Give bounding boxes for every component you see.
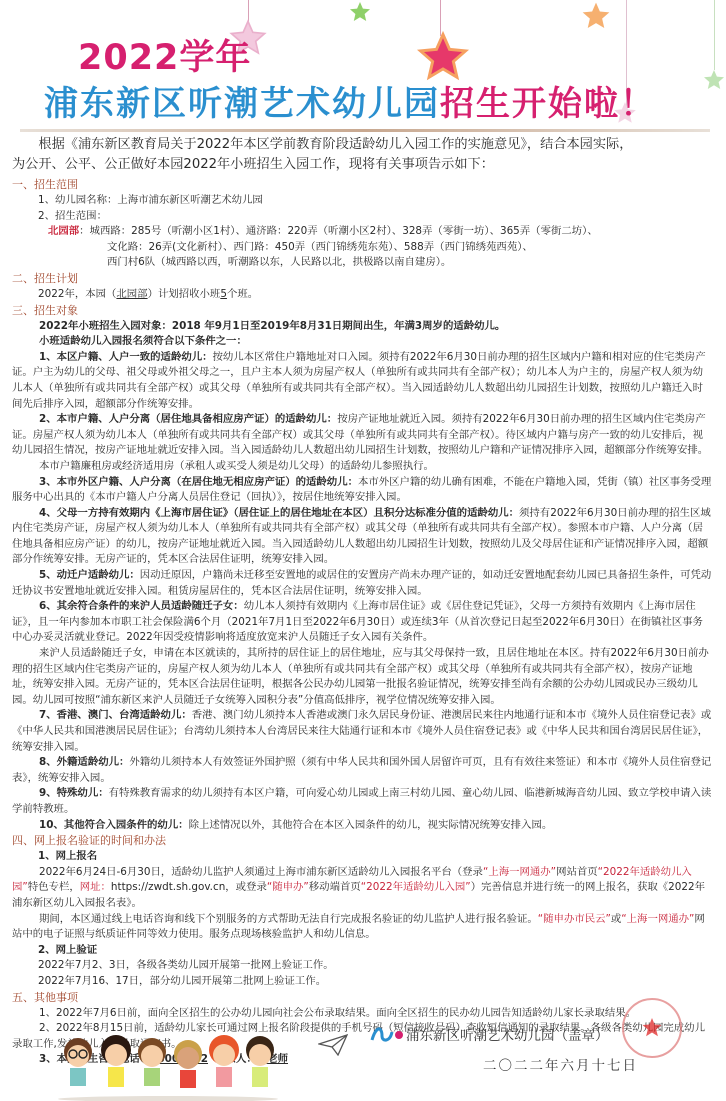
intro-line-1: 根据《浦东新区教育局关于2022年本区学前教育阶段适龄幼儿入园工作的实施意见》，…: [12, 135, 712, 155]
condition-title: 1、本区户籍、人户一致的适龄幼儿：: [39, 351, 212, 363]
page-title: 浦东新区听潮艺术幼儿园招生开始啦！: [44, 76, 656, 125]
kids-illustration: [48, 1030, 288, 1101]
reg-text: 网站首页: [556, 866, 598, 878]
condition-title: 4、父母一方持有效期内《上海市居住证》（居住证上的居住地址在本区）且积分达标准分…: [39, 507, 519, 519]
section-heading-plan: 二、招生计划: [12, 271, 712, 287]
star-icon: [348, 0, 372, 24]
section-heading-other: 五、其他事项: [12, 990, 712, 1006]
condition-9: 9、特殊幼儿：有特殊教育需求的幼儿须持有本区户籍，可向爱心幼儿园或上南三村幼儿园…: [12, 786, 712, 817]
online-verification-title: 2、网上验证: [12, 943, 712, 959]
condition-title: 5、动迁户适龄幼儿：: [39, 569, 140, 581]
issue-date: 二〇二二年六月十七日: [483, 1054, 638, 1074]
reg-text: ，或登录: [225, 881, 267, 893]
campus-streets-1: ：城西路：285号（听潮小区1村）、通济路：220弄（听潮小区2村）、328弄（…: [79, 225, 598, 237]
reg-text: 移动端首页: [309, 881, 361, 893]
condition-4: 4、父母一方持有效期内《上海市居住证》（居住证上的居住地址在本区）且积分达标准分…: [12, 506, 712, 568]
plan-text: 2022年，本园（: [38, 288, 116, 300]
online-registration-text: 2022年6月24日-6月30日，适龄幼儿监护人须通过上海市浦东新区适龄幼儿入园…: [12, 865, 712, 912]
registration-url-link[interactable]: https://zwdt.sh.gov.cn: [111, 881, 225, 893]
condition-6-detail: 来沪人员适龄随迁子女，申请在本区就读的，其所持的居住证上的居住地址，应与其父母保…: [12, 646, 712, 708]
condition-2: 2、本市户籍、人户分离（居住地具备相应房产证）的适龄幼儿：按房产证地址就近入园。…: [12, 412, 712, 459]
campus-scope-line-1: 北园部：城西路：285号（听潮小区1村）、通济路：220弄（听潮小区2村）、32…: [12, 224, 712, 240]
condition-text: 有特殊教育需求的幼儿须持有本区户籍，可向爱心幼儿园或上南三村幼儿园、童心幼儿园、…: [12, 787, 711, 815]
condition-2-note: 本市户籍廉租房或经济适用房（承租人或买受人须是幼儿父母）的适龄幼儿参照执行。: [12, 459, 712, 475]
notice-body: 根据《浦东新区教育局关于2022年本区学前教育阶段适龄幼儿入园工作的实施意见》，…: [12, 133, 712, 1068]
official-seal-icon: [622, 998, 682, 1058]
app-name: “随申办”: [267, 881, 309, 893]
header-banner: 2022学年 浦东新区听潮艺术幼儿园招生开始啦！: [0, 0, 726, 130]
section-heading-target: 三、招生对象: [12, 303, 712, 319]
condition-7: 7、香港、澳门、台湾适龄幼儿：香港、澳门幼儿须持本人香港或澳门永久居民身份证、港…: [12, 708, 712, 755]
campus-label: 北园部: [48, 225, 79, 237]
title-year: 2022学年: [78, 30, 251, 80]
condition-title: 2、本市户籍、人户分离（居住地具备相应房产证）的适龄幼儿：: [39, 413, 337, 425]
verification-batch-1: 2022年7月2、3日，各级各类幼儿园开展第一批网上验证工作。: [12, 958, 712, 974]
kindergarten-name: 1、幼儿园名称：上海市浦东新区听潮艺术幼儿园: [12, 193, 712, 209]
star-icon: [702, 68, 726, 92]
url-label: 网址：: [80, 881, 111, 893]
intro-line-2: 为公开、公平、公正做好本园2022年小班招生入园工作，现将有关事项告示如下：: [12, 155, 712, 175]
enrollment-target: 2022年小班招生入园对象：2018 年9月1日至2019年8月31日期间出生，…: [12, 319, 712, 335]
title-school-name: 浦东新区听潮艺术幼儿园: [44, 84, 440, 124]
platform-name: “上海一网通办”: [621, 913, 694, 925]
condition-intro: 小班适龄幼儿入园报名须符合以下条件之一：: [12, 334, 712, 350]
verification-batch-2: 2022年7月16、17日，部分幼儿园开展第二批网上验证工作。: [12, 974, 712, 990]
condition-3: 3、本市外区户籍、人户分离（在居住地无相应房产证）的适龄幼儿：本市外区户籍的幼儿…: [12, 475, 712, 506]
divider: [20, 129, 710, 132]
condition-10: 10、其他符合入园条件的幼儿：除上述情况以外，其他符合在本区入园条件的幼儿，视实…: [12, 818, 712, 834]
plan-text: ）计划招收小班: [148, 288, 221, 300]
section-heading-scope: 一、招生范围: [12, 177, 712, 193]
assist-text: 期间，本区通过线上电话咨询和线下个别服务的方式帮助无法自行完成报名验证的幼儿监护…: [39, 913, 538, 925]
condition-title: 6、其余符合条件的来沪人员适龄随迁子女：: [39, 600, 244, 612]
assist-text: 或: [611, 913, 621, 925]
plan-text: 个班。: [227, 288, 258, 300]
condition-title: 7、香港、澳门、台湾适龄幼儿：: [39, 709, 192, 721]
condition-title: 8、外籍适龄幼儿：: [39, 756, 129, 768]
star-icon: [580, 0, 612, 32]
condition-1: 1、本区户籍、人户一致的适龄幼儿：按幼儿本区常住户籍地址对口入园。须持有2022…: [12, 350, 712, 412]
campus-scope-line-2: 文化路：26弄(文化新村）、西门路：450弄（西门锦绣苑东苑）、588弄（西门锦…: [12, 240, 712, 256]
title-enrollment: 招生开始啦！: [440, 84, 656, 124]
special-column: “2022年适龄幼儿入园”: [361, 881, 471, 893]
condition-title: 3、本市外区户籍、人户分离（在居住地无相应房产证）的适龄幼儿：: [39, 476, 358, 488]
condition-8: 8、外籍适龄幼儿：外籍幼儿须持本人有效签证外国护照（须有中华人民共和国外国人居留…: [12, 755, 712, 786]
condition-text: 除上述情况以外，其他符合在本区入园条件的幼儿，视实际情况统筹安排入园。: [189, 819, 553, 831]
online-registration-title: 1、网上报名: [12, 849, 712, 865]
enrollment-plan: 2022年，本园（北园部）计划招收小班5个班。: [12, 287, 712, 303]
assistance-text: 期间，本区通过线上电话咨询和线下个别服务的方式帮助无法自行完成报名验证的幼儿监护…: [12, 912, 712, 943]
signature-line: 浦东新区听潮艺术幼儿园（盖章）: [406, 1024, 609, 1044]
condition-title: 9、特殊幼儿：: [39, 787, 109, 799]
app-name: “随申办市民云”: [538, 913, 611, 925]
campus-scope-line-3: 西门村6队（城西路以西，听潮路以东，人民路以北，拱极路以南自建房）。: [12, 255, 712, 271]
school-logo-icon: [370, 1024, 404, 1044]
section-heading-online: 四、网上报名验证的时间和办法: [12, 833, 712, 849]
other-item-1: 1、2022年7月6日前，面向全区招生的公办幼儿园向社会公布录取结果。面向全区招…: [12, 1006, 712, 1022]
star-string: [714, 0, 715, 70]
scope-label: 2、招生范围：: [12, 209, 712, 225]
platform-name: “上海一网通办”: [483, 866, 556, 878]
paper-plane-icon: [318, 1034, 348, 1056]
intro-paragraph: 根据《浦东新区教育局关于2022年本区学前教育阶段适龄幼儿入园工作的实施意见》，…: [12, 135, 712, 175]
condition-6: 6、其余符合条件的来沪人员适龄随迁子女：幼儿本人须持有效期内《上海市居住证》或《…: [12, 599, 712, 646]
reg-text: 2022年6月24日-6月30日，适龄幼儿监护人须通过上海市浦东新区适龄幼儿入园…: [39, 866, 483, 878]
reg-text: 特色专栏，: [28, 881, 80, 893]
plan-campus: 北园部: [116, 288, 147, 300]
condition-5: 5、动迁户适龄幼儿：因动迁原因，户籍尚未迁移至安置地的或居住的安置房产尚未办理产…: [12, 568, 712, 599]
condition-title: 10、其他符合入园条件的幼儿：: [39, 819, 189, 831]
plan-class-count: 5: [220, 288, 227, 300]
